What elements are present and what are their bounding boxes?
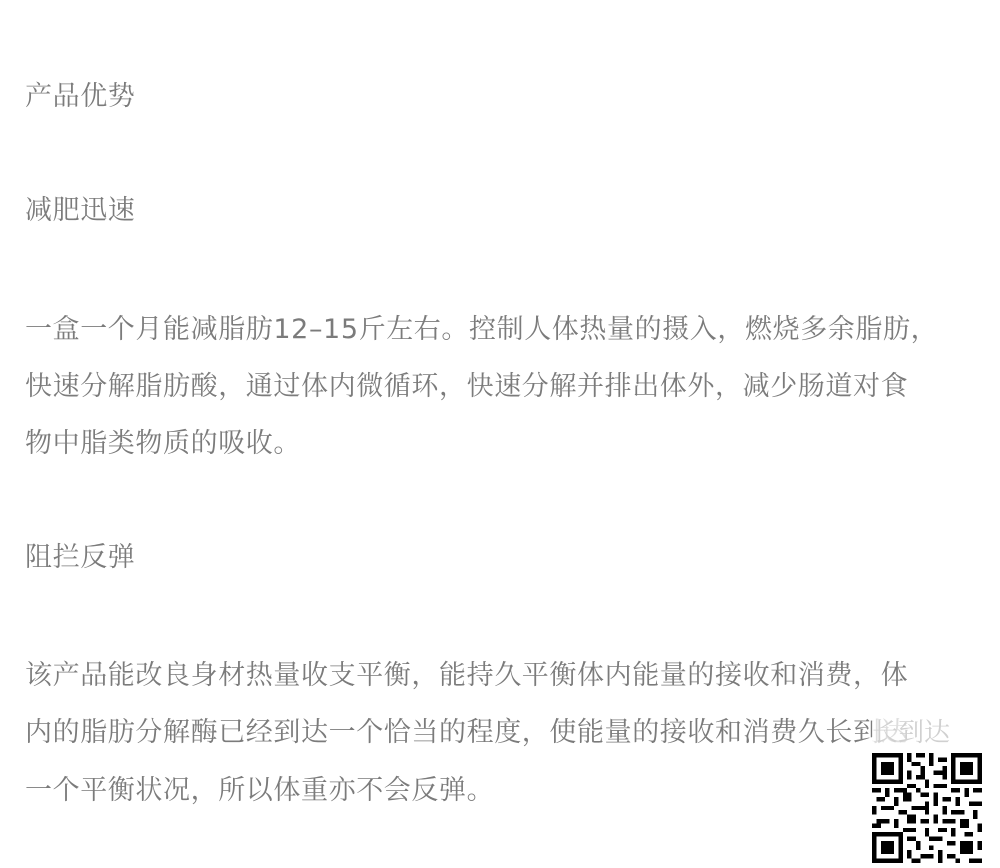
paragraph-line: 快速分解脂肪酸，通过体内微循环，快速分解并排出体外，减少肠道对食: [25, 371, 908, 403]
section-heading-prevent-rebound: 阻拦反弹: [25, 542, 135, 574]
paragraph-line: 内的脂肪分解酶已经到达一个恰当的程度，使能量的接收和消费久长到达: [25, 717, 908, 749]
paragraph-line: 一个平衡状况，所以体重亦不会反弹。: [25, 775, 494, 807]
section-heading-fast-weight-loss: 减肥迅速: [25, 195, 135, 227]
watermark-text: 长到达: [872, 718, 950, 748]
paragraph-line: 物中脂类物质的吸收。: [25, 428, 301, 460]
section-title: 产品优势: [25, 81, 135, 113]
paragraph-line: 一盒一个月能减脂肪12–15斤左右。控制人体热量的摄入，燃烧多余脂肪，: [25, 314, 938, 346]
watermark-overlay: 长到达: [872, 716, 982, 750]
paragraph-line: 该产品能改良身材热量收支平衡，能持久平衡体内能量的接收和消费，体: [25, 660, 908, 692]
qr-code-icon[interactable]: [872, 752, 982, 864]
